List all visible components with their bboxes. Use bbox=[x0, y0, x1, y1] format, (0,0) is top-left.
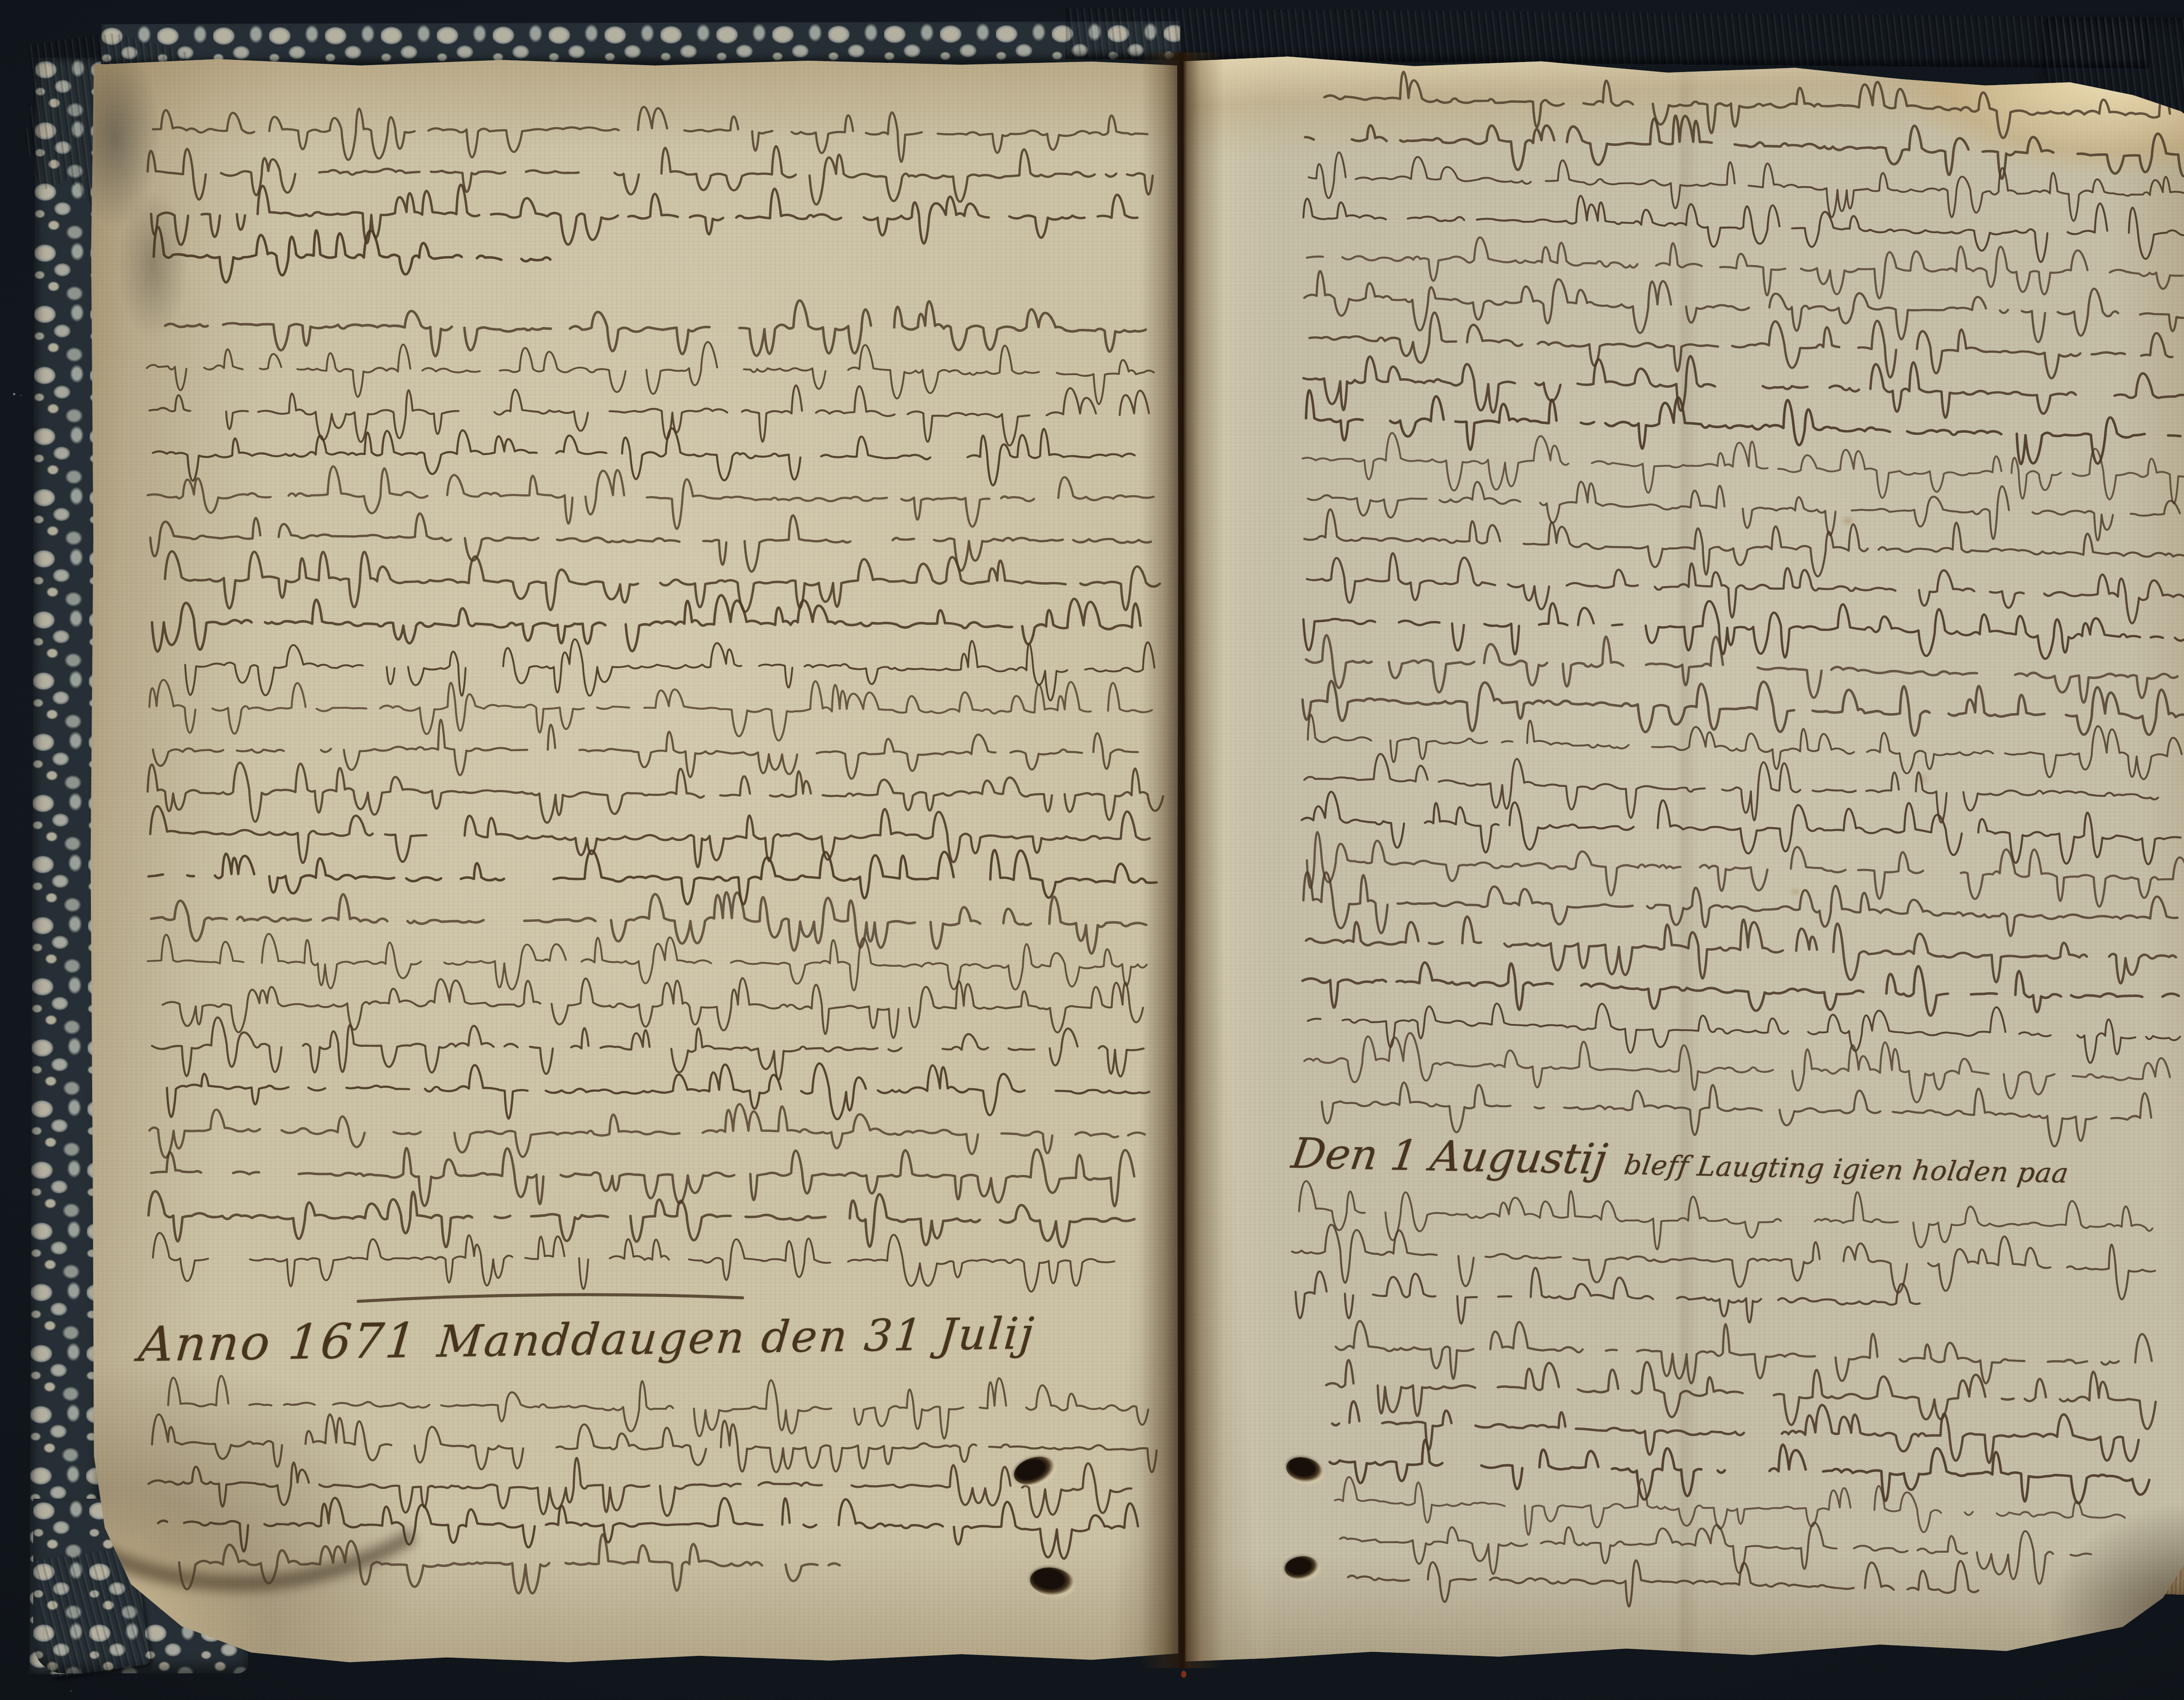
heading-anno-1671-date: Manddaugen den 31 Julij bbox=[435, 1308, 1037, 1367]
manuscript-photo-stage: Anno 1671Manddaugen den 31 Julij Den 1 A… bbox=[0, 0, 2184, 1700]
heading-anno-1671-year: Anno 1671 bbox=[136, 1312, 420, 1372]
handwriting-ink-right-page bbox=[1182, 53, 2184, 1666]
backdrop-dust-specks bbox=[13, 393, 15, 395]
heading-den-1-august-text: bleff Laugting igien holden paa bbox=[1622, 1149, 2071, 1189]
manuscript-page-right: Den 1 Augustijbleff Laugting igien holde… bbox=[1182, 53, 2184, 1666]
gutter-red-speck bbox=[1181, 1671, 1186, 1678]
marbled-board-top-edge bbox=[101, 21, 1180, 64]
manuscript-page-left: Anno 1671Manddaugen den 31 Julij bbox=[87, 56, 1179, 1665]
handwriting-ink-left-page bbox=[87, 56, 1179, 1665]
heading-den-1-august-date: Den 1 Augustij bbox=[1289, 1129, 1610, 1184]
